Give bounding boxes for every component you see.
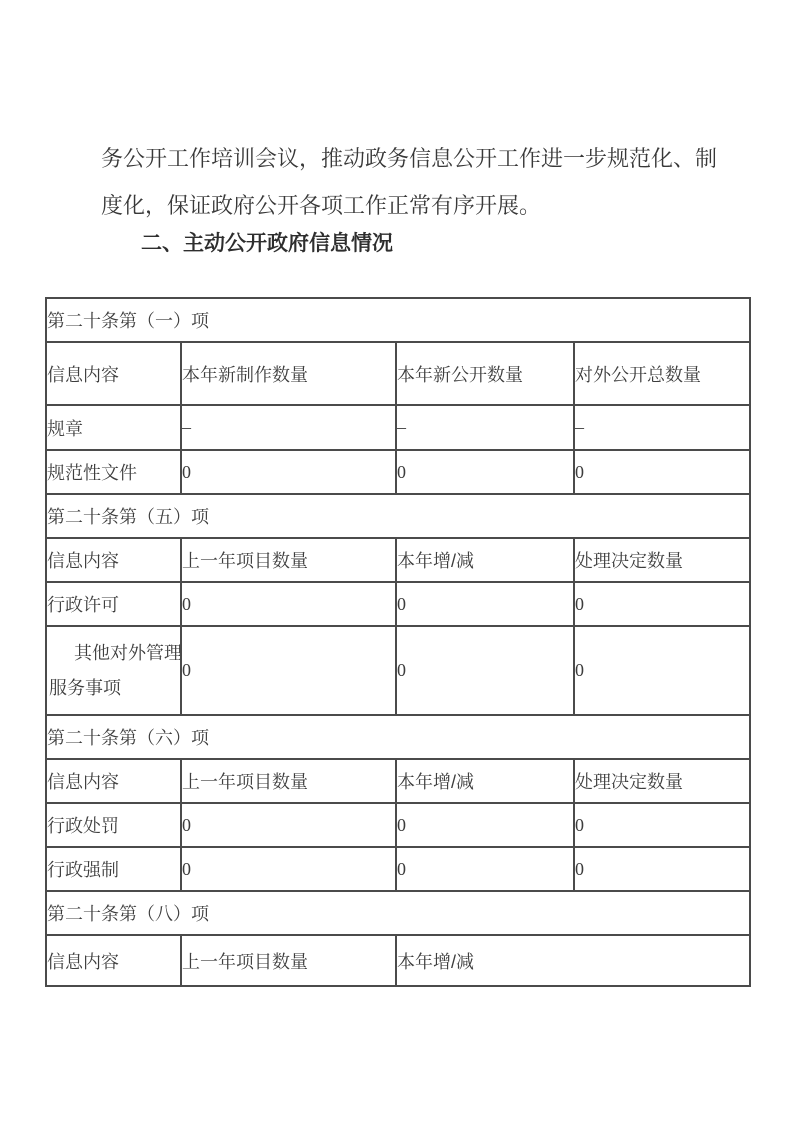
table-row: 第二十条第（八）项	[46, 891, 750, 935]
value-cell: 0	[181, 626, 396, 715]
value-cell: 0	[396, 582, 574, 626]
paragraph-line-2: 度化，保证政府公开各项工作正常有序开展。	[101, 183, 726, 230]
section-title-article20-item8: 第二十条第（八）项	[46, 891, 750, 935]
value-cell: –	[181, 405, 396, 450]
table-row: 规范性文件 0 0 0	[46, 450, 750, 494]
value-cell: 0	[574, 803, 750, 847]
value-cell: 0	[574, 847, 750, 891]
table-row: 信息内容 本年新制作数量 本年新公开数量 对外公开总数量	[46, 342, 750, 405]
column-header: 上一年项目数量	[181, 538, 396, 582]
value-cell: 0	[574, 450, 750, 494]
column-header: 上一年项目数量	[181, 759, 396, 803]
value-cell: 0	[181, 450, 396, 494]
table-row: 第二十条第（一）项	[46, 298, 750, 342]
row-label: 行政强制	[46, 847, 181, 891]
table-row: 第二十条第（六）项	[46, 715, 750, 759]
value-cell: –	[574, 405, 750, 450]
table-row: 信息内容 上一年项目数量 本年增/减	[46, 935, 750, 986]
column-header: 信息内容	[46, 935, 181, 986]
section-title-article20-item5: 第二十条第（五）项	[46, 494, 750, 538]
column-header: 信息内容	[46, 759, 181, 803]
table-row: 第二十条第（五）项	[46, 494, 750, 538]
column-header: 信息内容	[46, 342, 181, 405]
column-header-merged: 本年增/减	[396, 935, 750, 986]
row-label: 规范性文件	[46, 450, 181, 494]
column-header: 本年增/减	[396, 759, 574, 803]
value-cell: 0	[574, 626, 750, 715]
value-cell: 0	[574, 582, 750, 626]
column-header: 处理决定数量	[574, 759, 750, 803]
value-cell: 0	[181, 803, 396, 847]
value-cell: –	[396, 405, 574, 450]
column-header: 本年增/减	[396, 538, 574, 582]
value-cell: 0	[396, 803, 574, 847]
value-cell: 0	[396, 847, 574, 891]
column-header: 信息内容	[46, 538, 181, 582]
value-cell: 0	[181, 847, 396, 891]
value-cell: 0	[396, 450, 574, 494]
table-row: 行政处罚 0 0 0	[46, 803, 750, 847]
table-row: 信息内容 上一年项目数量 本年增/减 处理决定数量	[46, 759, 750, 803]
table-row: 行政许可 0 0 0	[46, 582, 750, 626]
table-row: 规章 – – –	[46, 405, 750, 450]
table-row: 行政强制 0 0 0	[46, 847, 750, 891]
section-heading: 二、主动公开政府信息情况	[141, 227, 393, 257]
table-row: 其他对外管理 服务事项 0 0 0	[46, 626, 750, 715]
value-cell: 0	[181, 582, 396, 626]
column-header: 本年新制作数量	[181, 342, 396, 405]
paragraph-line-1: 务公开工作培训会议，推动政务信息公开工作进一步规范化、制	[101, 136, 726, 183]
column-header: 对外公开总数量	[574, 342, 750, 405]
value-cell: 0	[396, 626, 574, 715]
row-label: 行政处罚	[46, 803, 181, 847]
row-label: 行政许可	[46, 582, 181, 626]
body-paragraph: 务公开工作培训会议，推动政务信息公开工作进一步规范化、制 度化，保证政府公开各项…	[101, 136, 726, 230]
section-title-article20-item6: 第二十条第（六）项	[46, 715, 750, 759]
row-label: 规章	[46, 405, 181, 450]
info-disclosure-table: 第二十条第（一）项 信息内容 本年新制作数量 本年新公开数量 对外公开总数量 规…	[45, 297, 751, 987]
row-label-other-admin-services: 其他对外管理 服务事项	[46, 626, 181, 715]
column-header: 处理决定数量	[574, 538, 750, 582]
section-title-article20-item1: 第二十条第（一）项	[46, 298, 750, 342]
table-row: 信息内容 上一年项目数量 本年增/减 处理决定数量	[46, 538, 750, 582]
column-header: 本年新公开数量	[396, 342, 574, 405]
row-label-line-2: 服务事项	[47, 671, 180, 706]
row-label-line-1: 其他对外管理	[47, 636, 180, 671]
document-page: 务公开工作培训会议，推动政务信息公开工作进一步规范化、制 度化，保证政府公开各项…	[0, 0, 793, 1122]
column-header: 上一年项目数量	[181, 935, 396, 986]
